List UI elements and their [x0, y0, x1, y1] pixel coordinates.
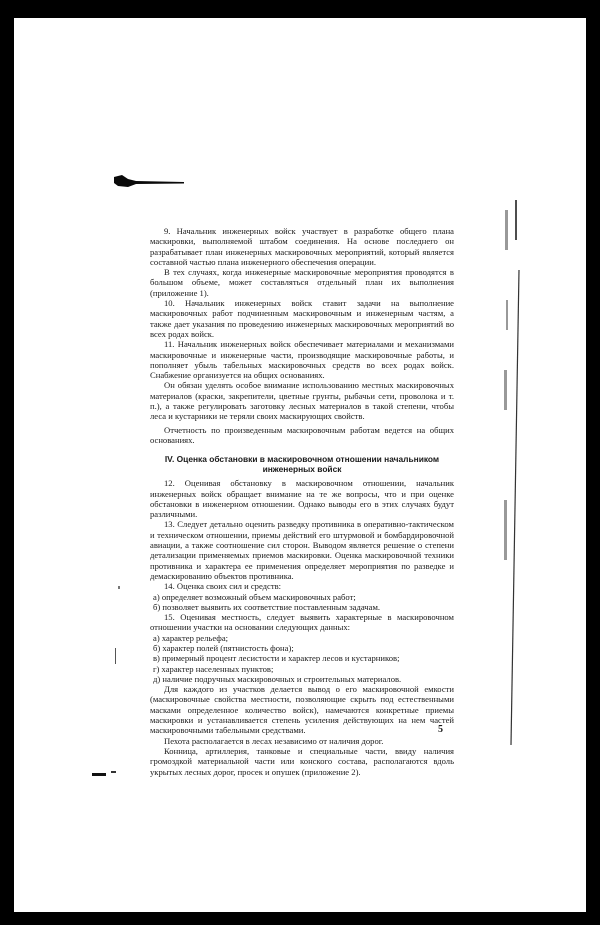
paragraph-12: 12. Оценивая обстановку в маскировочном … [150, 478, 454, 519]
list-item: б) характер полей (пятнистость фона); [150, 643, 454, 653]
list-item: г) характер населенных пунктов; [150, 664, 454, 674]
scan-edge-line [503, 200, 525, 745]
margin-mark [115, 648, 116, 664]
paragraph-15: 15. Оценивая местность, следует выявить … [150, 612, 454, 633]
paragraph-13: 13. Следует детально оценить разведку пр… [150, 519, 454, 581]
section-heading: IV. Оценка обстановки в маскировочном от… [150, 454, 454, 474]
paragraph-11b: Он обязан уделять особое внимание исполь… [150, 380, 454, 421]
paragraph-15d: Конница, артиллерия, танковые и специаль… [150, 746, 454, 777]
paragraph-15b: Для каждого из участков делается вывод о… [150, 684, 454, 735]
list-item: а) определяет возможный объем маскировоч… [150, 592, 454, 602]
document-body: 9. Начальник инженерных войск участвует … [150, 226, 454, 777]
list-item: а) характер рельефа; [150, 633, 454, 643]
paragraph-15c: Пехота располагается в лесах независимо … [150, 736, 454, 746]
paragraph-11: 11. Начальник инженерных войск обеспечив… [150, 339, 454, 380]
list-item: д) наличие подручных маскировочных и стр… [150, 674, 454, 684]
ink-dash-mark [92, 773, 106, 776]
page-number: 5 [438, 724, 443, 735]
list-item: б) позволяет выявить их соответствие пос… [150, 602, 454, 612]
paragraph-9: 9. Начальник инженерных войск участвует … [150, 226, 454, 267]
paragraph-14: 14. Оценка своих сил и средств: [150, 581, 454, 591]
paragraph-10: 10. Начальник инженерных войск ставит за… [150, 298, 454, 339]
ink-smudge-mark [114, 175, 186, 189]
margin-dot [118, 586, 120, 589]
list-item: в) примерный процент лесистости и характ… [150, 653, 454, 663]
paragraph-11c: Отчетность по произведенным маскировочны… [150, 425, 454, 446]
ink-dash-mark-small [111, 771, 116, 773]
paragraph-9b: В тех случаях, когда инженерные маскиров… [150, 267, 454, 298]
